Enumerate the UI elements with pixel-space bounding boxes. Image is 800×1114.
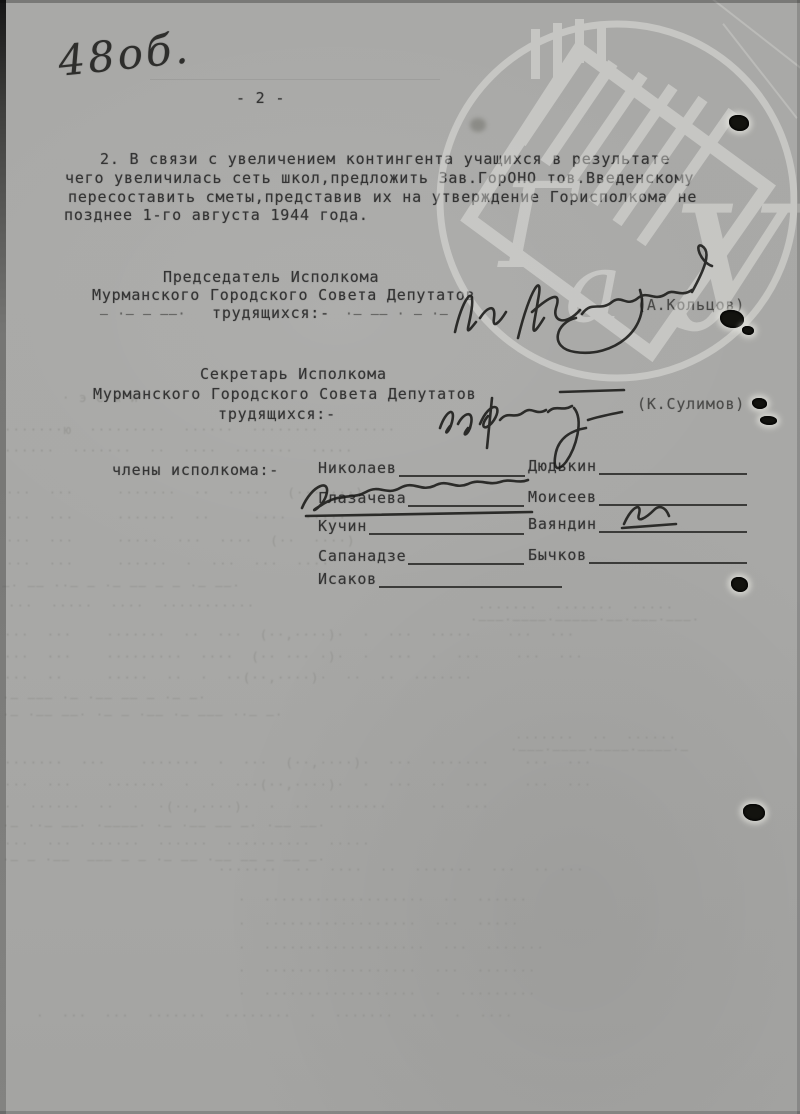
paper-hole bbox=[743, 804, 765, 821]
scan-edge-top bbox=[0, 0, 800, 3]
ink-signatures-layer bbox=[0, 0, 800, 1114]
scanned-document-page: · э е ж и·······ю ········· ······ ·····… bbox=[0, 0, 800, 1114]
glazacheva-signature bbox=[302, 480, 532, 516]
paper-hole bbox=[720, 310, 744, 328]
chairman-signature bbox=[455, 245, 712, 352]
paper-stain-spot bbox=[470, 118, 486, 132]
scan-edge-left bbox=[0, 0, 6, 1114]
paper-hole bbox=[760, 416, 777, 425]
secretary-signature bbox=[440, 390, 624, 468]
paper-hole bbox=[752, 398, 767, 409]
paper-hole bbox=[731, 577, 748, 592]
paper-hole bbox=[729, 115, 749, 131]
vayandin-signature bbox=[622, 507, 676, 528]
paper-hole bbox=[742, 326, 754, 335]
